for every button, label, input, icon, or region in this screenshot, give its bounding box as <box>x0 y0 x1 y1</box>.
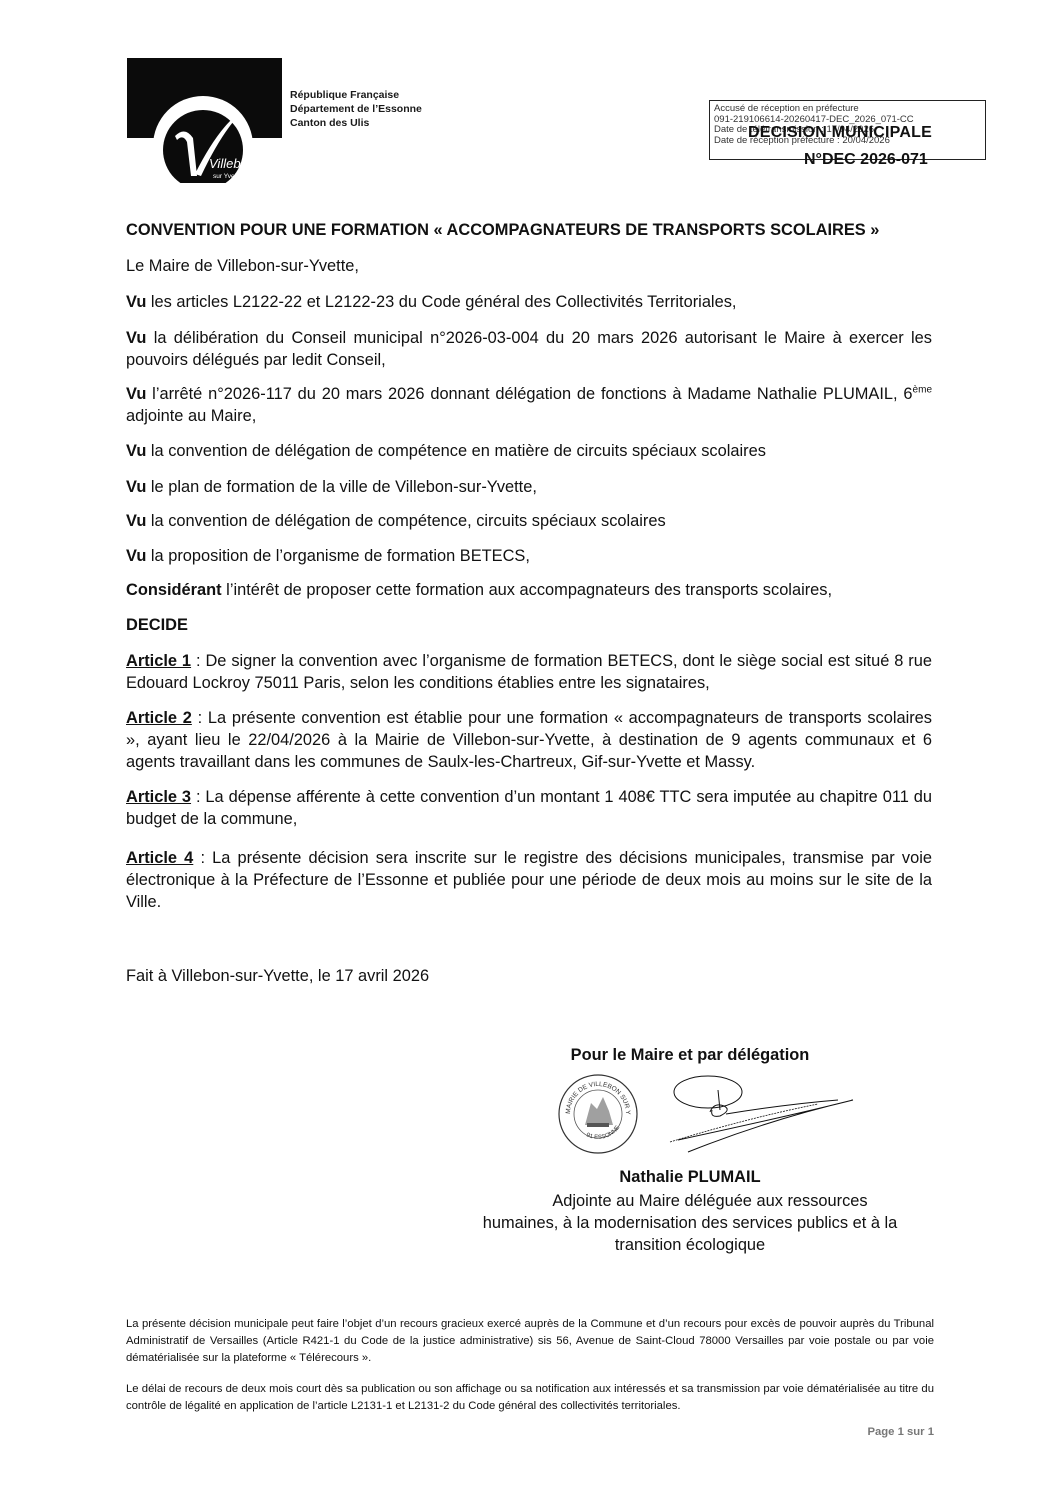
article-1: Article 1 : De signer la convention avec… <box>126 650 932 694</box>
signatory-name: Nathalie PLUMAIL <box>450 1168 930 1187</box>
consideration-7: Vu la proposition de l’organisme de form… <box>126 545 932 567</box>
consideration-3: Vu l’arrêté n°2026-117 du 20 mars 2026 d… <box>126 383 932 427</box>
article-4: Article 4 : La présente décision sera in… <box>126 847 932 913</box>
place-date: Fait à Villebon-sur-Yvette, le 17 avril … <box>126 965 932 987</box>
decide-label: DECIDE <box>126 614 932 636</box>
authority-canton: Canton des Ulis <box>290 116 422 130</box>
legal-notice-appeal: La présente décision municipale peut fai… <box>126 1316 934 1367</box>
authority-republique: République Française <box>290 88 422 102</box>
consideration-6: Vu la convention de délégation de compét… <box>126 510 932 532</box>
consideration-1: Vu les articles L2122-22 et L2122-23 du … <box>126 291 932 313</box>
page-number: Page 1 sur 1 <box>800 1426 934 1438</box>
handwritten-signature-icon <box>648 1070 858 1160</box>
svg-text:91 ESSONNE: 91 ESSONNE <box>585 1125 621 1141</box>
stamp-line-1: Accusé de réception en préfecture <box>714 104 981 115</box>
villebon-logo-icon: Villebon sur Yvette <box>127 58 282 183</box>
role-line-3: transition écologique <box>450 1234 930 1256</box>
document-title: CONVENTION POUR UNE FORMATION « ACCOMPAG… <box>126 219 932 241</box>
decision-title: DECISION MUNICIPALE <box>748 124 932 142</box>
article-2: Article 2 : La présente convention est é… <box>126 707 932 773</box>
consideration-4: Vu la convention de délégation de compét… <box>126 440 932 462</box>
svg-text:Villebon: Villebon <box>209 156 255 171</box>
intro-line: Le Maire de Villebon-sur-Yvette, <box>126 255 932 277</box>
svg-text:sur Yvette: sur Yvette <box>213 173 242 180</box>
consideration-2: Vu la délibération du Conseil municipal … <box>126 327 932 371</box>
signatory-role: Adjointe au Maire déléguée aux ressource… <box>450 1190 930 1256</box>
signature-header: Pour le Maire et par délégation <box>450 1046 930 1065</box>
decision-number: N°DEC 2026-071 <box>804 151 928 169</box>
consideration-8: Considérant l’intérêt de proposer cette … <box>126 579 932 601</box>
legal-notice-delay: Le délai de recours de deux mois court d… <box>126 1381 934 1415</box>
authority-lines: République Française Département de l’Es… <box>290 88 422 130</box>
role-line-1: Adjointe au Maire déléguée aux ressource… <box>450 1190 930 1212</box>
role-line-2: humaines, à la modernisation des service… <box>450 1212 930 1234</box>
municipal-seal-icon: MAIRIE DE VILLEBON SUR YVETTE 91 ESSONNE <box>557 1073 639 1155</box>
article-3: Article 3 : La dépense afférente à cette… <box>126 786 932 830</box>
authority-departement: Département de l’Essonne <box>290 102 422 116</box>
consideration-5: Vu le plan de formation de la ville de V… <box>126 476 932 498</box>
